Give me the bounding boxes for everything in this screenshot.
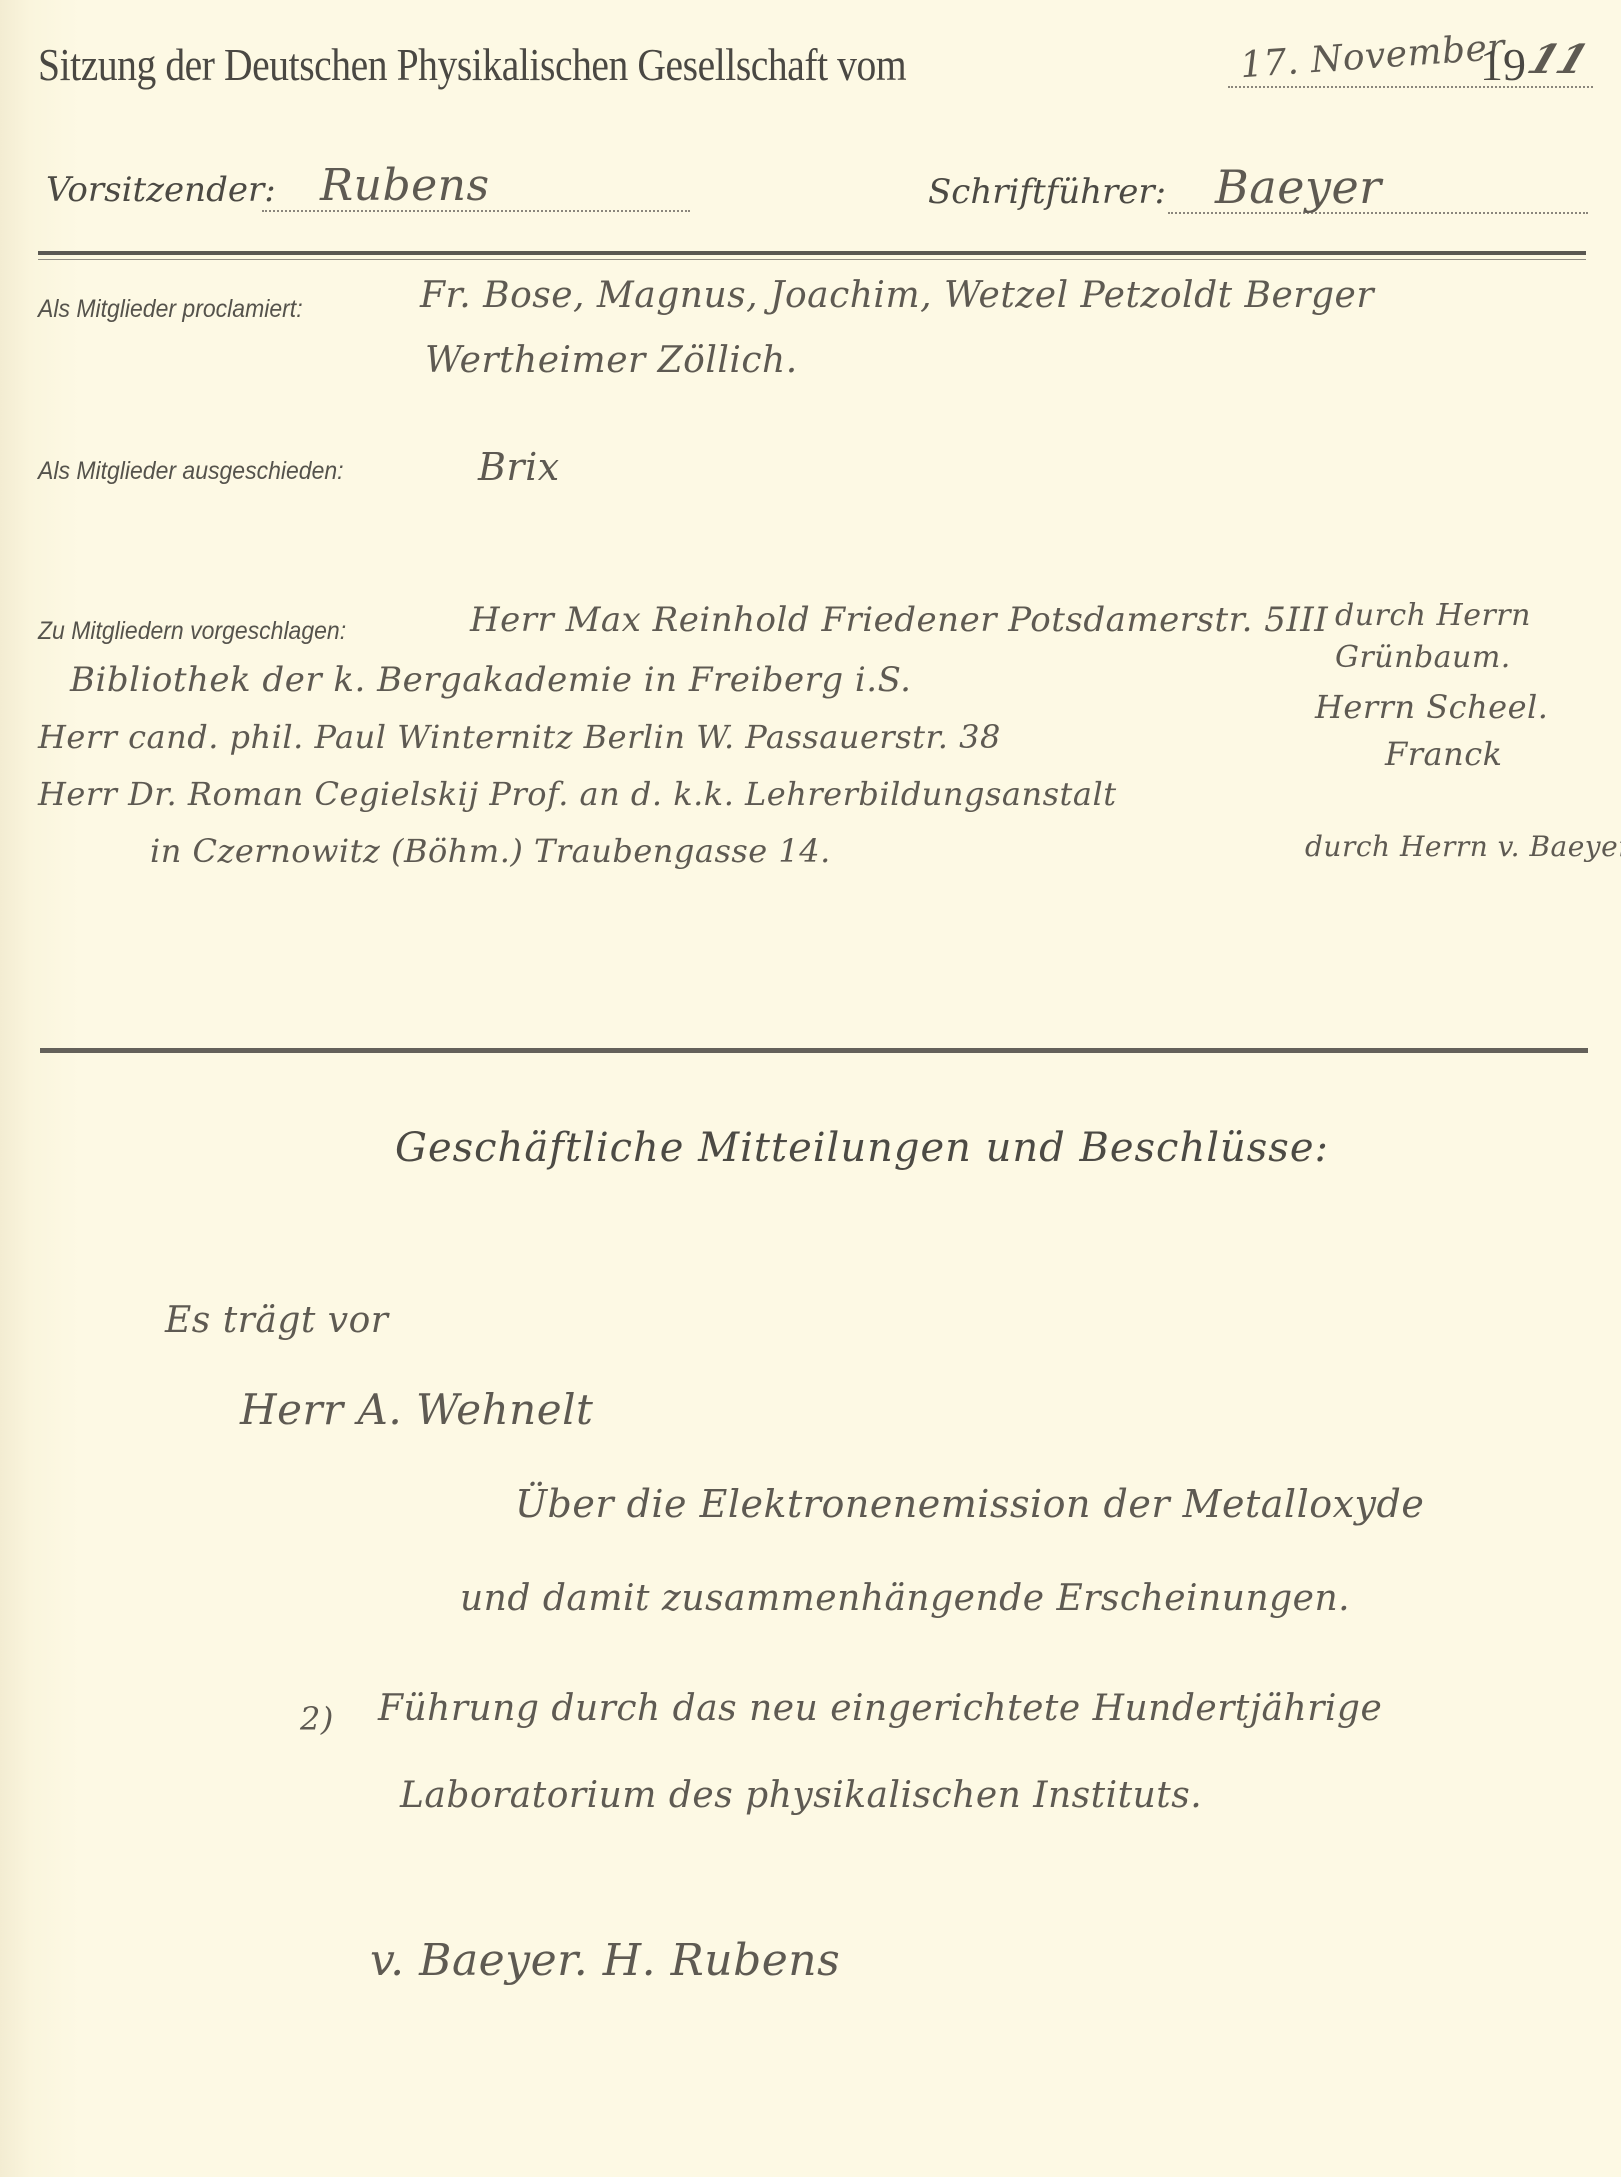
business-speaker: Herr A. Wehnelt [240,1385,593,1434]
members-proclaimed-label: Als Mitglieder proclamiert: [38,295,303,324]
sponsor-3: Franck [1385,735,1503,773]
proposed-entry-5: in Czernowitz (Böhm.) Traubengasse 14. [150,832,831,870]
date-field-underline [1228,86,1593,88]
proposed-entry-3: Herr cand. phil. Paul Winternitz Berlin … [38,718,1001,756]
chair-label: Vorsitzender: [46,170,276,210]
chair-value: Rubens [320,160,490,211]
members-proclaimed-line2: Wertheimer Zöllich. [425,340,798,381]
page-title: Sitzung der Deutschen Physikalischen Ges… [38,38,906,91]
members-departed-value: Brix [478,445,560,489]
meeting-year-prefix: 19 [1480,38,1526,91]
business-heading: Geschäftliche Mitteilungen und Beschlüss… [395,1125,1329,1171]
business-item2-line1: Führung durch das neu eingerichtete Hund… [378,1688,1382,1729]
members-proclaimed-line1: Fr. Bose, Magnus, Joachim, Wetzel Petzol… [420,275,1374,316]
proposed-entry-4: Herr Dr. Roman Cegielskij Prof. an d. k.… [38,775,1117,813]
secretary-value: Baeyer [1215,160,1382,214]
proposed-entry-2: Bibliothek der k. Bergakademie in Freibe… [70,660,912,700]
top-rule-thick [38,251,1586,255]
top-rule-thin [38,259,1586,260]
meeting-year-suffix: 11 [1521,36,1595,83]
business-intro: Es trägt vor [165,1300,389,1341]
sponsor-5: durch Herrn v. Baeyer [1305,830,1621,863]
secretary-label: Schriftführer: [928,172,1166,212]
business-topic-line1: Über die Elektronenemission der Metallox… [515,1482,1424,1526]
middle-rule [40,1048,1588,1053]
business-topic-line2: und damit zusammenhängende Erscheinungen… [460,1578,1350,1619]
sponsor-2: Herrn Scheel. [1315,688,1548,726]
sponsor-1: durch Herrn Grünbaum. [1335,595,1585,679]
business-item2-line2: Laboratorium des physikalischen Institut… [400,1775,1202,1816]
members-proposed-label: Zu Mitgliedern vorgeschlagen: [38,617,346,646]
proposed-entry-1: Herr Max Reinhold Friedener Potsdamerstr… [470,600,1328,640]
signatures: v. Baeyer. H. Rubens [370,1935,840,1986]
meeting-date-day-month: 17. November [1239,27,1506,86]
members-departed-label: Als Mitglieder ausgeschieden: [38,457,344,486]
business-item2-number: 2) [300,1700,334,1738]
